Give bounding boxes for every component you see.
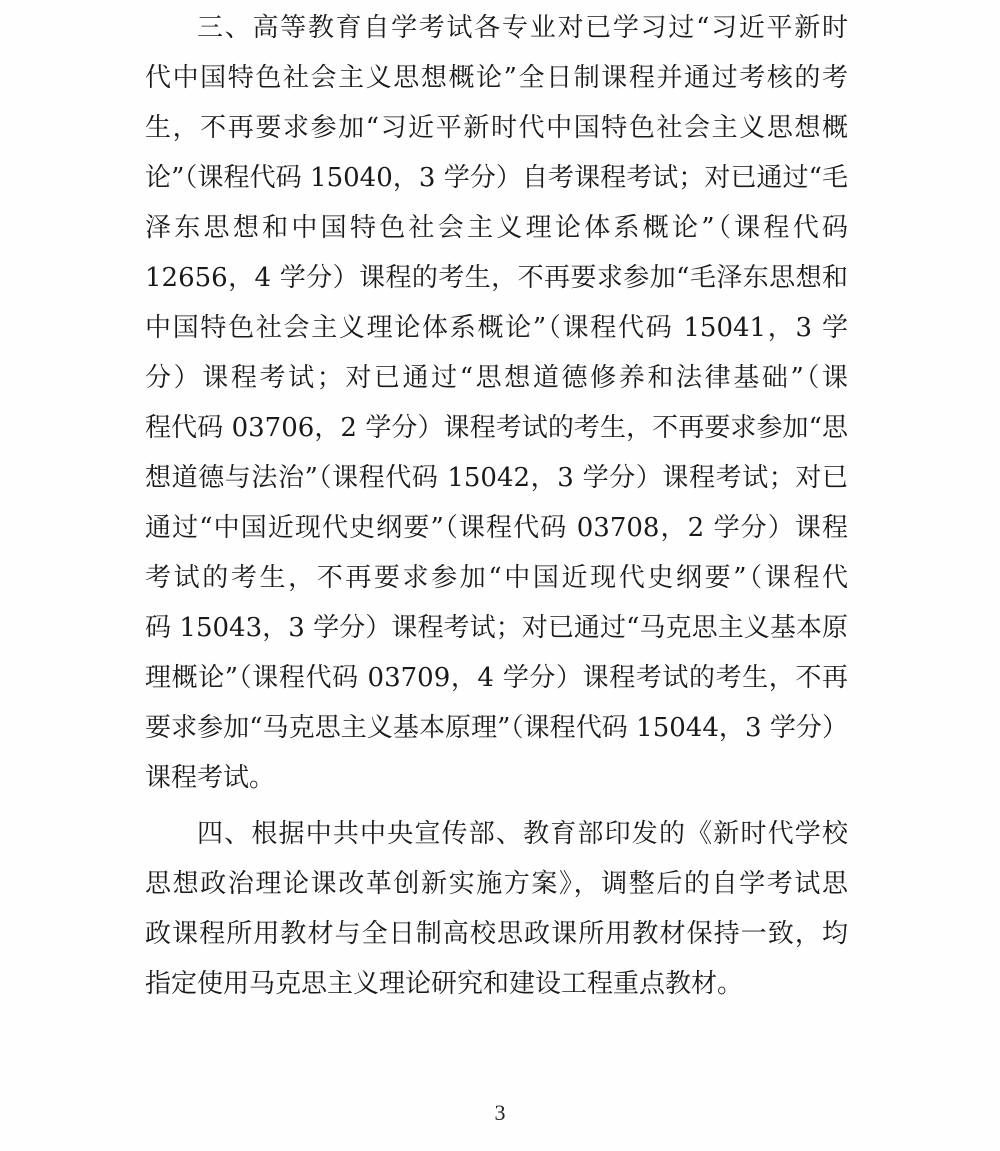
text-line: 指定使用马克思主义理论研究和建设工程重点教材。: [145, 964, 848, 1004]
text-line: 三、高等教育自学考试各专业对已学习过“习近平新时: [197, 8, 848, 48]
text-line: 生，不再要求参加“习近平新时代中国特色社会主义思想概: [145, 108, 848, 148]
text-line: 要求参加“马克思主义基本原理”（课程代码 15044，3 学分）: [145, 708, 848, 748]
text-line: 考试的考生，不再要求参加“中国近现代史纲要”（课程代: [145, 558, 848, 598]
page-number: 3: [480, 1098, 520, 1128]
text-line: 论”（课程代码 15040，3 学分）自考课程考试；对已通过“毛: [145, 158, 848, 198]
text-line: 政课程所用教材与全日制高校思政课所用教材保持一致，均: [145, 914, 848, 954]
text-line: 12656，4 学分）课程的考生，不再要求参加“毛泽东思想和: [145, 258, 848, 298]
document-page: 三、高等教育自学考试各专业对已学习过“习近平新时 代中国特色社会主义思想概论”全…: [0, 0, 1000, 1151]
text-line: 码 15043，3 学分）课程考试；对已通过“马克思主义基本原: [145, 608, 848, 648]
text-line: 通过“中国近现代史纲要”（课程代码 03708，2 学分）课程: [145, 508, 848, 548]
text-line: 中国特色社会主义理论体系概论”（课程代码 15041，3 学: [145, 308, 848, 348]
text-line: 代中国特色社会主义思想概论”全日制课程并通过考核的考: [145, 58, 848, 98]
text-line: 思想政治理论课改革创新实施方案》，调整后的自学考试思: [145, 864, 848, 904]
text-line: 想道德与法治”（课程代码 15042，3 学分）课程考试；对已: [145, 458, 848, 498]
text-line: 分）课程考试；对已通过“思想道德修养和法律基础”（课: [145, 358, 848, 398]
text-line: 理概论”（课程代码 03709，4 学分）课程考试的考生，不再: [145, 658, 848, 698]
text-line: 四、根据中共中央宣传部、教育部印发的《新时代学校: [197, 814, 848, 854]
text-line: 程代码 03706，2 学分）课程考试的考生，不再要求参加“思: [145, 408, 848, 448]
text-line: 课程考试。: [145, 758, 848, 798]
text-line: 泽东思想和中国特色社会主义理论体系概论”（课程代码: [145, 208, 848, 248]
